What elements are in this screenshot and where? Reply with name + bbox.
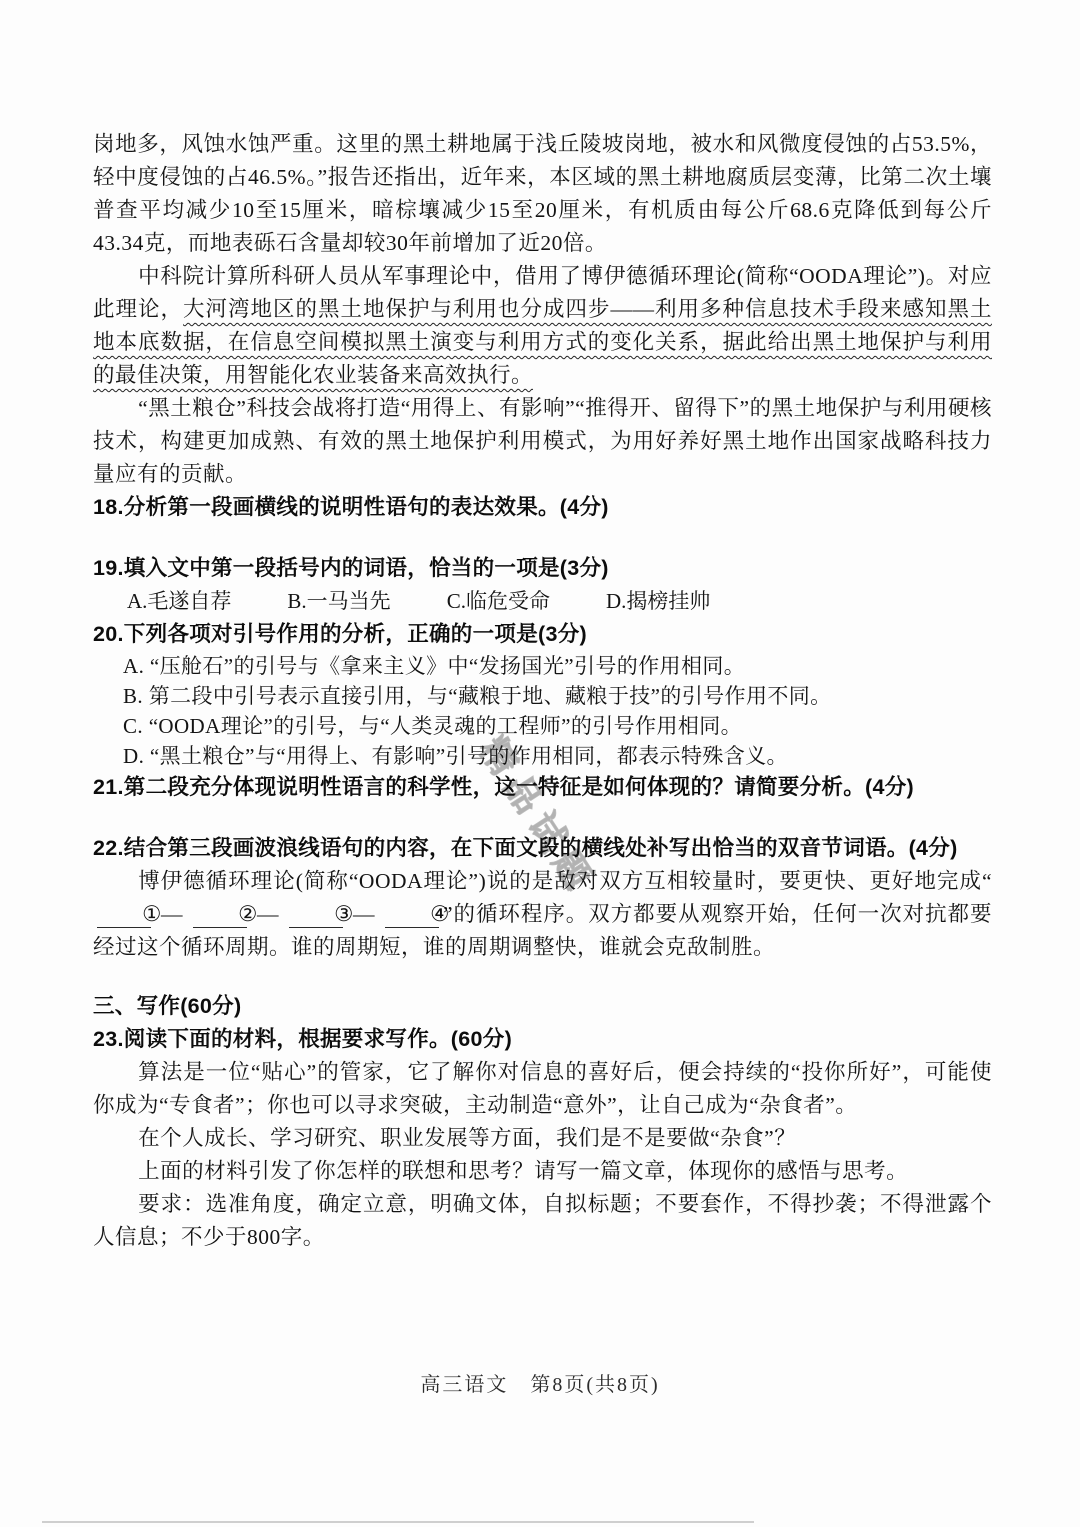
q20-option-d: D. “黑土粮仓”与“用得上、有影响”引号的作用相同，都表示特殊含义。 xyxy=(123,741,992,771)
q20-option-b: B. 第二段中引号表示直接引用，与“藏粮于地、藏粮于技”的引号作用不同。 xyxy=(123,681,992,711)
passage-paragraph-3-text: “黑土粮仓”科技会战将打造“用得上、有影响”“推得开、留得下”的黑土地保护与利用… xyxy=(93,396,992,486)
page-content: 岗地多，风蚀水蚀严重。这里的黑土耕地属于浅丘陵坡岗地，被水和风微度侵蚀的占53.… xyxy=(93,128,992,1254)
answer-space-q18 xyxy=(93,524,992,552)
question-20-options: A. “压舱石”的引号与《拿来主义》中“发扬国光”引号的作用相同。 B. 第二段… xyxy=(123,651,992,771)
page-footer: 高三语文 第8页(共8页) xyxy=(0,1368,1080,1397)
question-23-stem: 23.阅读下面的材料，根据要求写作。(60分) xyxy=(93,1023,992,1056)
q22-material-pre: 博伊德循环理论(简称“OODA理论”)说的是敌对双方互相较量时，要更快、更好地完… xyxy=(138,869,992,893)
q22-dash-3: — xyxy=(353,902,375,926)
writing-material-1: 算法是一位“贴心”的管家，它了解你对信息的喜好后，便会持续的“投你所好”，可能使… xyxy=(93,1056,992,1122)
question-22-stem: 22.结合第三段画波浪线语句的内容，在下面文段的横线处补写出恰当的双音节词语。(… xyxy=(93,832,992,865)
question-21-stem: 21.第二段充分体现说明性语言的科学性，这一特征是如何体现的？请简要分析。(4分… xyxy=(93,771,992,804)
question-20-stem: 20.下列各项对引号作用的分析，正确的一项是(3分) xyxy=(93,618,992,651)
section-gap xyxy=(93,964,992,990)
passage-paragraph-1: 岗地多，风蚀水蚀严重。这里的黑土耕地属于浅丘陵坡岗地，被水和风微度侵蚀的占53.… xyxy=(93,128,992,260)
q20-option-c: C. “OODA理论”的引号，与“人类灵魂的工程师”的引号作用相同。 xyxy=(123,711,992,741)
q22-blank-1-number: ① xyxy=(142,902,162,926)
writing-material-2: 在个人成长、学习研究、职业发展等方面，我们是不是要做“杂食”？ xyxy=(93,1122,992,1155)
q22-blank-2-number: ② xyxy=(238,902,258,926)
writing-material-3: 上面的材料引发了你怎样的联想和思考？请写一篇文章，体现你的感悟与思考。 xyxy=(93,1155,992,1188)
passage-paragraph-1-text: 岗地多，风蚀水蚀严重。这里的黑土耕地属于浅丘陵坡岗地，被水和风微度侵蚀的占53.… xyxy=(93,132,992,255)
writing-section-title: 三、写作(60分) xyxy=(93,990,992,1023)
q19-option-b: B.一马当先 xyxy=(287,585,390,618)
question-22-material: 博伊德循环理论(简称“OODA理论”)说的是敌对双方互相较量时，要更快、更好地完… xyxy=(93,865,992,964)
q22-dash-1: — xyxy=(161,902,183,926)
q22-dash-2: — xyxy=(257,902,279,926)
q22-blank-4: ④ xyxy=(385,903,439,928)
writing-material-4: 要求：选准角度，确定立意，明确文体，自拟标题；不要套作，不得抄袭；不得泄露个人信… xyxy=(93,1188,992,1254)
question-19-options: A.毛遂自荐 B.一马当先 C.临危受命 D.揭榜挂帅 xyxy=(127,585,992,618)
q20-option-a: A. “压舱石”的引号与《拿来主义》中“发扬国光”引号的作用相同。 xyxy=(123,651,992,681)
question-18-stem: 18.分析第一段画横线的说明性语句的表达效果。(4分) xyxy=(93,491,992,524)
q19-option-a: A.毛遂自荐 xyxy=(127,585,231,618)
passage-paragraph-3: “黑土粮仓”科技会战将打造“用得上、有影响”“推得开、留得下”的黑土地保护与利用… xyxy=(93,392,992,491)
passage-paragraph-2-wavy-underlined: 大河湾地区的黑土地保护与利用也分成四步——利用多种信息技术手段来感知黑土地本底数… xyxy=(93,297,992,387)
q19-option-c: C.临危受命 xyxy=(447,585,550,618)
passage-paragraph-2: 中科院计算所科研人员从军事理论中，借用了博伊德循环理论(简称“OODA理论”)。… xyxy=(93,260,992,392)
answer-space-q21 xyxy=(93,804,992,832)
q22-blank-2: ② xyxy=(193,903,247,928)
q22-blank-1: ① xyxy=(97,903,151,928)
question-19-stem: 19.填入文中第一段括号内的词语，恰当的一项是(3分) xyxy=(93,552,992,585)
scan-edge-line xyxy=(42,1521,754,1523)
q22-blank-3: ③ xyxy=(289,903,343,928)
q22-blank-3-number: ③ xyxy=(334,902,354,926)
q19-option-d: D.揭榜挂帅 xyxy=(606,585,710,618)
exam-paper-page: 精品试题 岗地多，风蚀水蚀严重。这里的黑土耕地属于浅丘陵坡岗地，被水和风微度侵蚀… xyxy=(0,0,1080,1527)
